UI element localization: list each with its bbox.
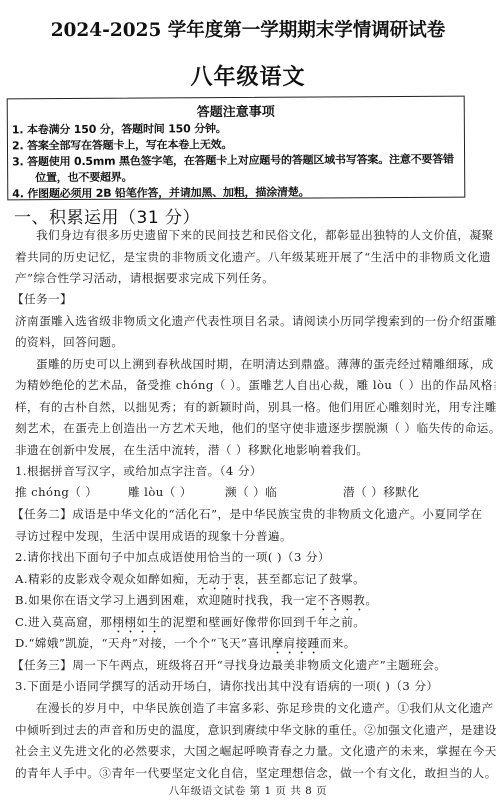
- answer-blank-1[interactable]: 推 chóng（ ）: [15, 484, 97, 500]
- exam-subject: 八年级语文: [0, 60, 496, 91]
- task2-line: 【任务二】成语是中华文化的“活化石”，是中华民族宝贵的非物质文化遗产。小夏同学在: [12, 506, 482, 522]
- option-a[interactable]: A.精彩的皮影戏令观众如醉如痴，无动于衷，甚至都忘记了鼓掌。: [15, 571, 365, 593]
- option-b[interactable]: B.如果你在语文学习上遇到困难，欢迎随时找我，我一定不吝赐教。: [15, 592, 377, 614]
- exam-page: 2024-2025 学年度第一学期期末学情调研试卷 八年级语文 答题注意事项 1…: [0, 0, 496, 803]
- passage-line: 样，有的古朴自然，以拙见秀；有的新颖时尚，别具一格。他们用匠心雕刻时光，用专注雕: [15, 399, 496, 415]
- passage-line: 为精妙绝伦的艺术品，备受推 chóng（ ）。蛋雕艺人自出心裁，雕 lòu（ ）…: [15, 377, 496, 393]
- passage3-line: 中倾听到过去的声音和历史的温度，意识到赓续中华文脉的重任。②加强文化遗产，是建设: [15, 722, 496, 738]
- option-b-idiom: 不吝赐教: [317, 593, 365, 607]
- notice-item-3-cont: 位置，也不要超界。: [35, 169, 132, 186]
- notice-item-1: 1. 本卷满分 150 分，答题时间 150 分钟。: [12, 120, 227, 137]
- option-a-prefix: A.精彩的皮影戏令观众如醉如痴，: [15, 572, 197, 586]
- question-2: 2.请你找出下面句子中加点成语使用恰当的一项( )（3 分）: [15, 549, 330, 565]
- option-c[interactable]: C.进入莫高窟，那栩栩如生的泥塑和壁画好像带你回到千年之前。: [15, 614, 365, 636]
- option-c-idiom: 栩栩如生: [112, 615, 160, 629]
- answer-blank-3[interactable]: 濒（ ）临: [225, 484, 277, 500]
- task3-line: 【任务三】周一下午两点，班级将召开“寻找身边最美非物质文化遗产”主题班会。: [12, 657, 446, 673]
- task1-line: 济南蛋雕入选省级非物质文化遗产代表性项目名录。请阅读小历同学搜索到的一份介绍蛋雕: [15, 313, 496, 329]
- answer-blank-2[interactable]: 雕 lòu（ ）: [128, 484, 192, 500]
- task1-line: 的资料，回答问题。: [15, 334, 123, 350]
- passage-line: 蛋雕的历史可以上溯到春秋战国时期，在明清达到鼎盛。薄薄的蛋壳经过精雕细琢，成: [36, 356, 494, 372]
- passage-line: 刻艺术，在蛋壳上创造出一方艺术天地，他们的坚守使非遗逐步摆脱濒（ ）临失传的命运…: [15, 420, 496, 436]
- answer-blank-4[interactable]: 潜（ ）移默化: [343, 484, 419, 500]
- option-d-suffix: 而来。: [320, 636, 356, 650]
- passage3-line: 的青年人手中。③青年一代要坚定文化自信，坚定理想信念，做一个有文化，敢担当的人。: [15, 765, 496, 781]
- notice-title: 答题注意事项: [8, 100, 464, 122]
- option-d[interactable]: D.“嫦娥”凯旋，“天舟”对接，一个个“飞天”喜讯摩肩接踵而来。: [15, 635, 356, 657]
- section-heading: 一、积累运用（31 分）: [14, 203, 200, 228]
- question-1: 1.根据拼音写汉字，或给加点字注音。（4 分）: [15, 463, 262, 479]
- passage3-line: 社会主义先进文化的必然要求，大国之崛起呼唤青春之力量。文化遗产的未来，掌握在今天: [15, 743, 496, 759]
- exam-title: 2024-2025 学年度第一学期期末学情调研试卷: [0, 16, 496, 42]
- question-3: 3.下面是小语同学撰写的活动开场白，请你找出其中没有语病的一项( )（3 分）: [15, 678, 438, 694]
- notice-item-2: 2. 答案全部写在答题卡上，写在本卷上无效。: [12, 136, 232, 153]
- notice-box: 答题注意事项 1. 本卷满分 150 分，答题时间 150 分钟。 2. 答案全…: [7, 96, 466, 201]
- notice-item-3: 3. 答题使用 0.5mm 黑色签字笔，在答题卡上对应题号的答题区域书写答案。注…: [12, 151, 454, 170]
- option-c-prefix: C.进入莫高窟，那: [15, 615, 112, 629]
- option-d-prefix: D.“嫦娥”凯旋，“天舟”对接，一个个“飞天”喜讯: [15, 636, 271, 650]
- intro-line: 我们身边有很多历史遗留下来的民间技艺和民俗文化，都彰显出独特的人文价值，凝聚: [36, 227, 494, 243]
- option-a-suffix: ，甚至都忘记了鼓掌。: [245, 572, 365, 586]
- notice-item-4: 4. 作图题必须用 2B 铅笔作答，并请加黑、加粗，描涂清楚。: [12, 184, 309, 202]
- option-a-idiom: 无动于衷: [197, 572, 245, 586]
- option-d-idiom: 摩肩接踵: [271, 636, 319, 650]
- intro-line: 产”综合性学习活动，请根据要求完成下列任务。: [15, 270, 274, 286]
- passage-line: 非遗在创新中发展，在生活中流转，潜（ ）移默化地影响着我们。: [15, 442, 368, 458]
- page-footer: 八年级语文试卷 第 1 页 共 8 页: [0, 783, 496, 798]
- intro-line: 着共同的历史记忆，是宝贵的非物质文化遗产。八年级某班开展了“生活中的非物质文化遗: [15, 249, 491, 265]
- option-b-prefix: B.如果你在语文学习上遇到困难，欢迎随时找我，我一定: [15, 593, 317, 607]
- task2-line: 寻访过程中发现，生活中误用成语的现象十分普遍。: [15, 528, 292, 544]
- option-b-suffix: 。: [365, 593, 377, 607]
- passage3-line: 在漫长的岁月中，中华民族创造了丰富多彩、弥足珍贵的文化遗产。①我们从文化遗产: [36, 700, 494, 716]
- option-c-suffix: 的泥塑和壁画好像带你回到千年之前。: [161, 615, 366, 629]
- task1-label: 【任务一】: [12, 291, 72, 307]
